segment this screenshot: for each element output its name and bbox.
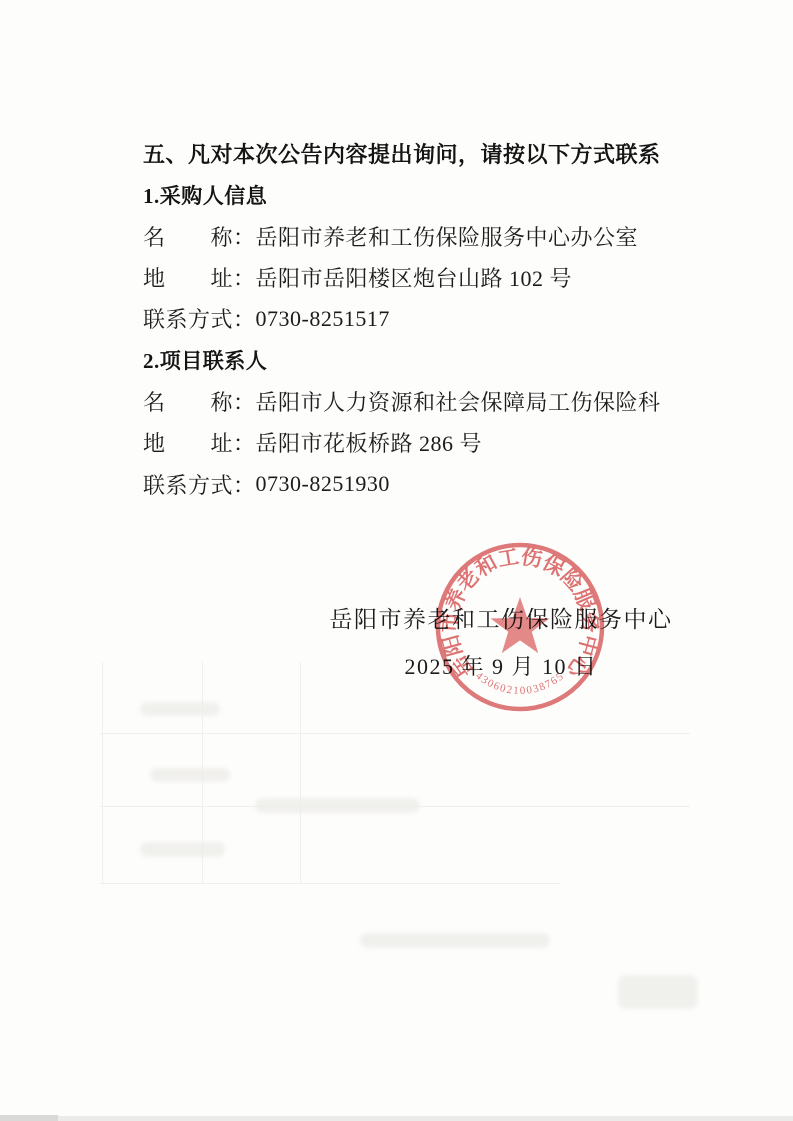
field-label: 名 称： <box>143 386 256 417</box>
bleed-through-blob <box>360 933 550 948</box>
purchaser-info-title: 1.采购人信息 <box>143 174 718 215</box>
project-contact-row: 联系方式： 0730-8251930 <box>143 463 718 504</box>
field-value: 岳阳市岳阳楼区炮台山路 102 号 <box>256 262 573 293</box>
purchaser-address-row: 地 址： 岳阳市岳阳楼区炮台山路 102 号 <box>143 257 718 298</box>
purchaser-contact-row: 联系方式： 0730-8251517 <box>143 298 718 339</box>
star-icon <box>491 597 550 653</box>
field-label: 地 址： <box>143 427 256 458</box>
purchaser-name-row: 名 称： 岳阳市养老和工伤保险服务中心办公室 <box>143 216 718 257</box>
bleed-through-blob <box>618 975 698 1009</box>
bleed-through-line <box>102 662 103 884</box>
bleed-through-line <box>100 883 560 884</box>
field-label: 联系方式： <box>143 303 256 334</box>
bleed-through-blob <box>150 768 230 782</box>
scan-edge-corner <box>0 1115 58 1121</box>
field-label: 联系方式： <box>143 469 256 500</box>
bleed-through-blob <box>255 798 420 813</box>
field-value: 0730-8251930 <box>256 471 390 497</box>
project-address-row: 地 址： 岳阳市花板桥路 286 号 <box>143 422 718 463</box>
section-heading: 五、凡对本次公告内容提出询问，请按以下方式联系 <box>143 133 718 174</box>
field-value: 0730-8251517 <box>256 306 390 332</box>
bleed-through-blob <box>140 842 225 857</box>
field-value: 岳阳市养老和工伤保险服务中心办公室 <box>256 221 639 252</box>
official-seal-stamp-icon: 岳阳市养老和工伤保险服务中心 43060210038765 <box>433 540 607 714</box>
field-label: 名 称： <box>143 221 256 252</box>
project-name-row: 名 称： 岳阳市人力资源和社会保障局工伤保险科 <box>143 381 718 422</box>
field-value: 岳阳市花板桥路 286 号 <box>256 427 483 458</box>
scanned-document-page: 五、凡对本次公告内容提出询问，请按以下方式联系 1.采购人信息 名 称： 岳阳市… <box>0 0 793 1121</box>
bleed-through-line <box>300 662 301 884</box>
bleed-through-line <box>100 733 690 734</box>
field-value: 岳阳市人力资源和社会保障局工伤保险科 <box>256 386 661 417</box>
announcement-body: 五、凡对本次公告内容提出询问，请按以下方式联系 1.采购人信息 名 称： 岳阳市… <box>143 133 718 505</box>
seal-code-text: 43060210038765 <box>473 670 567 697</box>
project-contact-title: 2.项目联系人 <box>143 339 718 380</box>
bleed-through-blob <box>140 702 220 716</box>
field-label: 地 址： <box>143 262 256 293</box>
scan-edge-strip <box>0 1116 793 1121</box>
